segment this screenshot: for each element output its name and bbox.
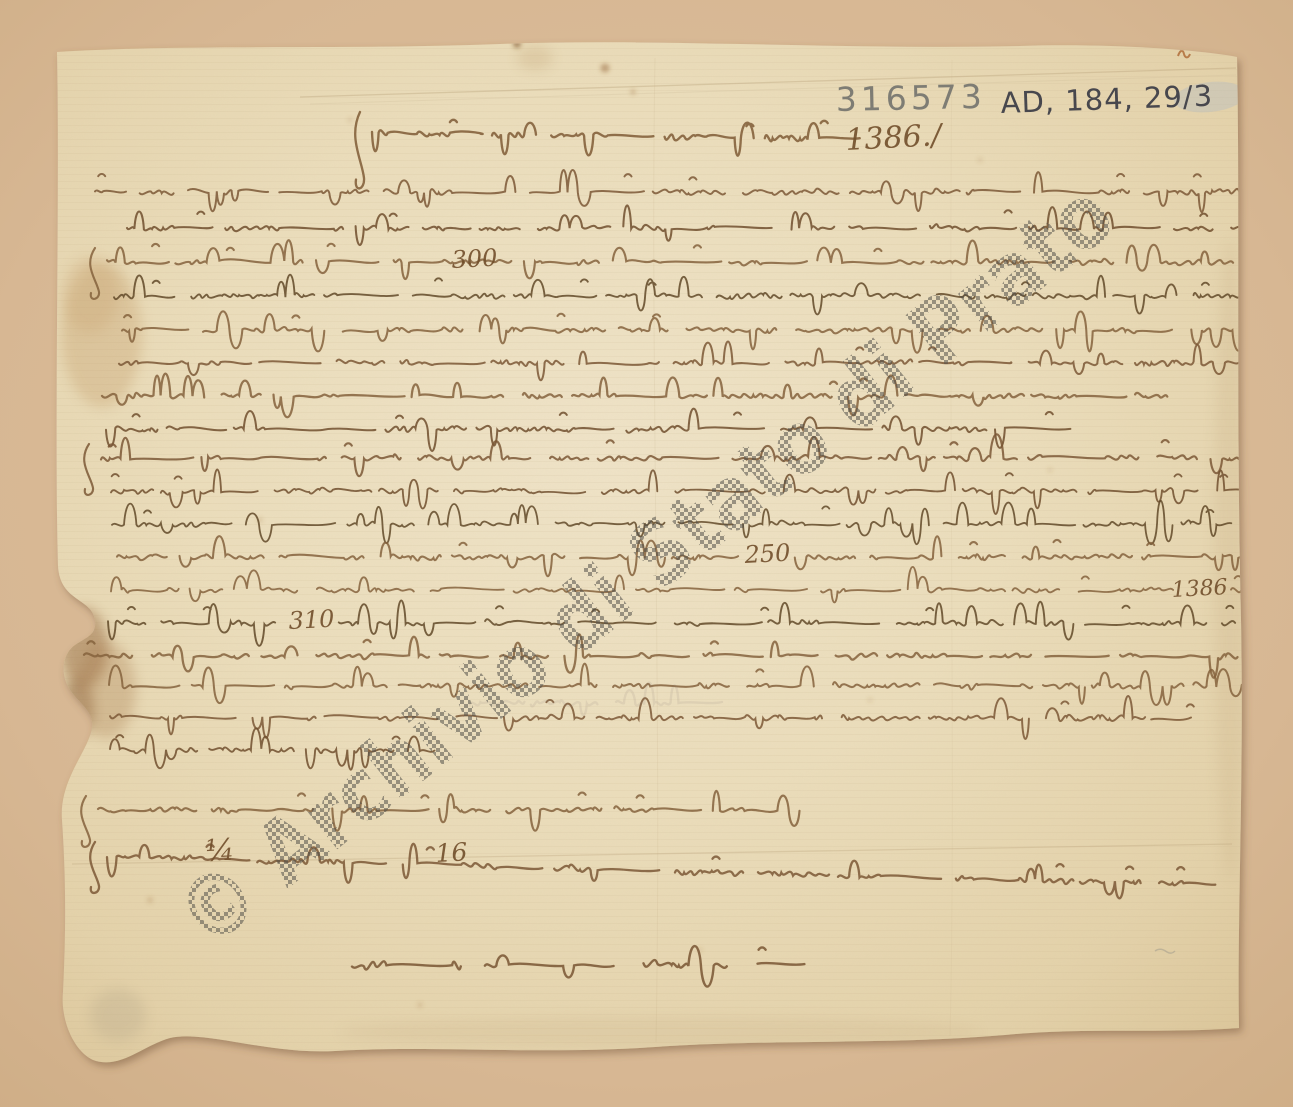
document-scan: 1386./3002501386310¼16 316573 AD, 184, 2… (0, 0, 1293, 1107)
scan-viewport: 1386./3002501386310¼16 316573 AD, 184, 2… (0, 0, 1293, 1107)
